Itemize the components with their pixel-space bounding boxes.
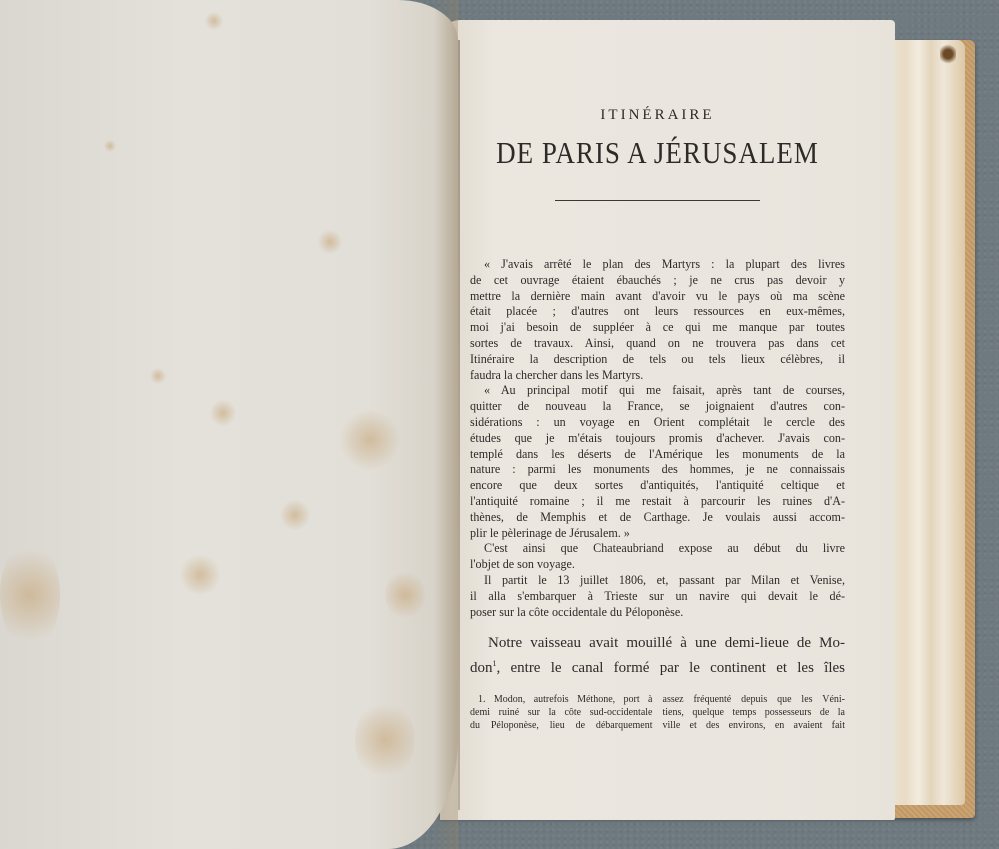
text-line: l'objet de son voyage. bbox=[470, 557, 845, 573]
text-line: nature : parmi les monuments des hommes,… bbox=[470, 462, 845, 478]
foxing-spot bbox=[104, 140, 116, 152]
text-line: don1, entre le canal formé par le contin… bbox=[470, 654, 845, 679]
footnote-line: assez fréquenté depuis que les Véni- bbox=[663, 694, 846, 707]
text-line: Notre vaisseau avait mouillé à une demi-… bbox=[470, 634, 845, 654]
foxing-spot bbox=[385, 570, 425, 620]
foxing-spot bbox=[318, 230, 342, 254]
book-gutter bbox=[458, 40, 460, 810]
text-line: Itinéraire la description de tels ou tel… bbox=[470, 352, 845, 368]
text-line: thènes, de Memphis et de Carthage. Je vo… bbox=[470, 510, 845, 526]
title-rule bbox=[555, 200, 760, 201]
foxing-spot bbox=[210, 400, 236, 426]
footnote-line: demi ruiné sur la côte sud-occidentale bbox=[470, 707, 653, 720]
footnote-line: ville et des environs, en avaient fait bbox=[663, 720, 846, 733]
foxing-spot bbox=[280, 500, 310, 530]
text-fragment: , entre le canal formé par le continent … bbox=[497, 660, 846, 676]
footnote-line: 1. Modon, autrefois Méthone, port à bbox=[470, 694, 653, 707]
text-line: « Au principal motif qui me faisait, apr… bbox=[470, 383, 845, 399]
footnote-column-right: assez fréquenté depuis que les Véni- tie… bbox=[663, 694, 846, 732]
text-line: C'est ainsi que Chateaubriand expose au … bbox=[470, 541, 845, 557]
footnote-line: du Péloponèse, lieu de débarquement bbox=[470, 720, 653, 733]
main-narrative: Notre vaisseau avait mouillé à une demi-… bbox=[470, 634, 845, 678]
text-line: de cet ouvrage étaient ébauchés ; je ne … bbox=[470, 273, 845, 289]
foxing-spot bbox=[355, 700, 415, 780]
text-line: « J'avais arrêté le plan des Martyrs : l… bbox=[470, 257, 845, 273]
text-line: sortes de travaux. Ainsi, quand on ne tr… bbox=[470, 336, 845, 352]
text-line: quitter de nouveau la France, se joignai… bbox=[470, 399, 845, 415]
foxing-spot bbox=[150, 368, 166, 384]
left-blank-page bbox=[0, 0, 458, 849]
text-line: templé dans les déserts de l'Amérique le… bbox=[470, 447, 845, 463]
foxing-spot bbox=[180, 555, 220, 595]
text-line: faudra la chercher dans les Martyrs. bbox=[470, 368, 845, 384]
text-line: était placée ; d'autres ont leurs ressou… bbox=[470, 304, 845, 320]
text-line: mettre la dernière main avant d'avoir vu… bbox=[470, 289, 845, 305]
footnote-column-left: 1. Modon, autrefois Méthone, port à demi… bbox=[470, 694, 653, 732]
text-line: plir le pèlerinage de Jérusalem. » bbox=[470, 526, 845, 542]
foxing-spot bbox=[0, 540, 60, 650]
foxing-spot bbox=[340, 410, 400, 470]
text-line: il alla s'embarquer à Trieste sur un nav… bbox=[470, 589, 845, 605]
main-title: DE PARIS A JÉRUSALEM bbox=[470, 136, 845, 171]
text-line: sidérations : un voyage en Orient complé… bbox=[470, 415, 845, 431]
text-line: Il partit le 13 juillet 1806, et, passan… bbox=[470, 573, 845, 589]
text-line: moi j'ai besoin de suppléer à ce qui me … bbox=[470, 320, 845, 336]
text-line: encore que deux sortes d'antiquités, l'a… bbox=[470, 478, 845, 494]
kicker-title: ITINÉRAIRE bbox=[470, 107, 845, 124]
printed-text-block: ITINÉRAIRE DE PARIS A JÉRUSALEM « J'avai… bbox=[470, 100, 845, 732]
intro-text: « J'avais arrêté le plan des Martyrs : l… bbox=[470, 257, 845, 620]
text-line: études que je m'étais toujours promis d'… bbox=[470, 431, 845, 447]
foxing-spot bbox=[205, 12, 223, 30]
corner-stain bbox=[940, 44, 956, 64]
footnotes: 1. Modon, autrefois Méthone, port à demi… bbox=[470, 694, 845, 732]
text-line: poser sur la côte occidentale du Pélopon… bbox=[470, 605, 845, 621]
text-fragment: don bbox=[470, 660, 493, 676]
text-line: l'antiquité romaine ; il me restait à pa… bbox=[470, 494, 845, 510]
footnote-line: tiens, quelque temps possesseurs de la bbox=[663, 707, 846, 720]
book-photo: ITINÉRAIRE DE PARIS A JÉRUSALEM « J'avai… bbox=[0, 0, 999, 849]
